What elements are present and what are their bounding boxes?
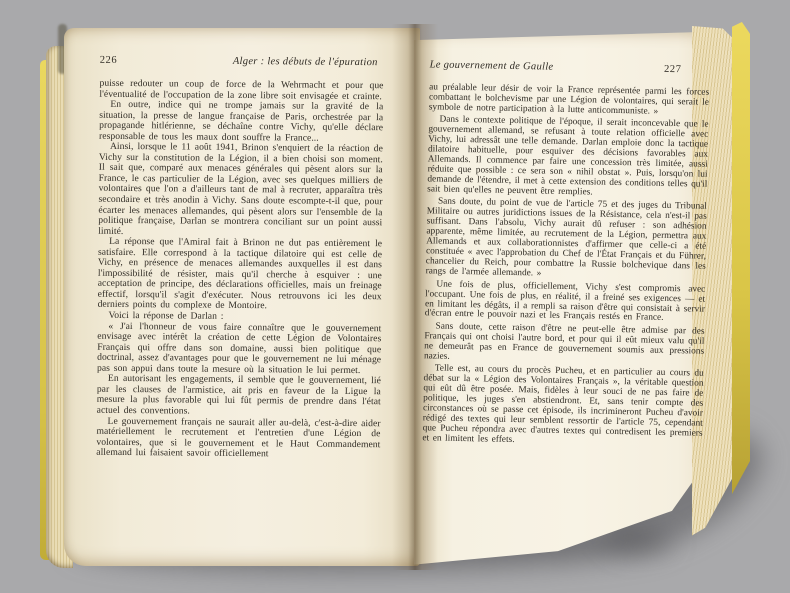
page-number-left: 226 — [100, 55, 118, 66]
paragraph: Le gouvernement français ne saurait alle… — [96, 416, 380, 461]
left-page-text: puisse redouter un coup de force de la W… — [96, 79, 383, 461]
right-page-text: au préalable leur désir de voir la Franc… — [422, 83, 709, 449]
book-photo: 226 Alger : les débuts de l'épuration pu… — [0, 0, 790, 593]
paragraph: Dans le contexte politique de l'époque, … — [427, 116, 708, 201]
open-book: 226 Alger : les débuts de l'épuration pu… — [40, 16, 752, 576]
running-header-left: Alger : les débuts de l'épuration — [233, 56, 384, 68]
paragraph: En autorisant les engagements, il semble… — [97, 374, 381, 419]
paragraph: La réponse que l'Amiral fait à Brinon ne… — [98, 237, 383, 313]
right-page-content: Le gouvernement de Gaulle 227 au préalab… — [422, 59, 709, 449]
paragraph: Sans doute, du point de vue de l'article… — [426, 198, 707, 283]
right-cover-fore-edge — [732, 22, 750, 494]
left-page-content: 226 Alger : les débuts de l'épuration pu… — [96, 55, 384, 461]
page-number-right: 227 — [664, 64, 710, 76]
paragraph: Telle est, au cours du procès Pucheu, et… — [422, 365, 703, 450]
paragraph: Ainsi, lorsque le 11 août 1941, Brinon s… — [98, 142, 383, 239]
paragraph: Sans doute, cette raison d'être ne peut-… — [424, 322, 705, 367]
paragraph: En outre, indice qui ne trompe jamais su… — [99, 100, 383, 145]
paragraph: « J'ai l'honneur de vous faire connaître… — [97, 321, 381, 376]
left-page-header: 226 Alger : les débuts de l'épuration — [100, 55, 384, 68]
paragraph: Une fois de plus, officiellement, Vichy … — [425, 280, 706, 325]
paragraph: au préalable leur désir de voir la Franc… — [429, 83, 710, 118]
running-header-right: Le gouvernement de Gaulle — [430, 59, 554, 72]
